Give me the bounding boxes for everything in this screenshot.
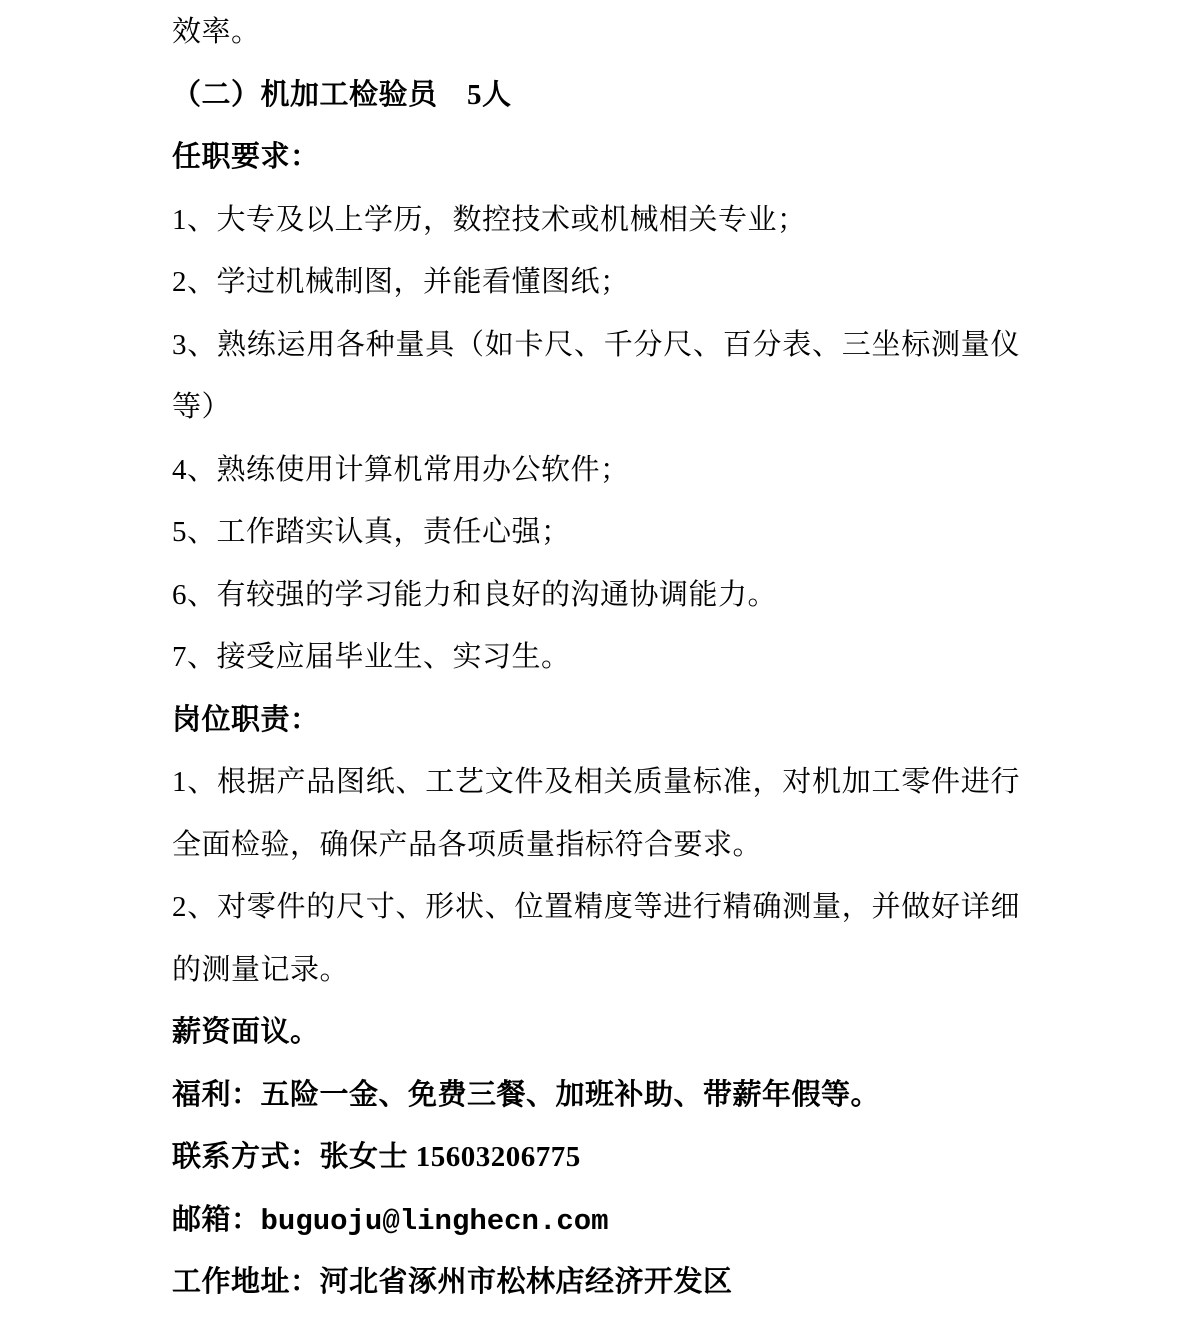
requirements-heading: 任职要求： xyxy=(172,126,1020,189)
requirement-item-5: 5、工作踏实认真，责任心强； xyxy=(172,501,1020,564)
responsibility-item-1-continuation: 全面检验，确保产品各项质量指标符合要求。 xyxy=(172,814,1020,877)
requirement-item-6: 6、有较强的学习能力和良好的沟通协调能力。 xyxy=(172,564,1020,627)
position-heading: （二）机加工检验员 5人 xyxy=(172,64,1020,127)
benefits-line: 福利：五险一金、免费三餐、加班补助、带薪年假等。 xyxy=(172,1064,1020,1127)
responsibility-item-2-continuation: 的测量记录。 xyxy=(172,939,1020,1002)
document-page: 效率。 （二）机加工检验员 5人 任职要求： 1、大专及以上学历，数控技术或机械… xyxy=(0,0,1184,1322)
paragraph-continuation: 效率。 xyxy=(172,1,1020,64)
requirement-item-3: 3、熟练运用各种量具（如卡尺、千分尺、百分表、三坐标测量仪 xyxy=(172,314,1020,377)
salary-line: 薪资面议。 xyxy=(172,1001,1020,1064)
email-label: 邮箱： xyxy=(172,1204,261,1236)
email-address: buguoju@linghecn.com xyxy=(261,1205,609,1238)
requirement-item-4: 4、熟练使用计算机常用办公软件； xyxy=(172,439,1020,502)
requirement-item-2: 2、学过机械制图，并能看懂图纸； xyxy=(172,251,1020,314)
requirement-item-1: 1、大专及以上学历，数控技术或机械相关专业； xyxy=(172,189,1020,252)
email-line: 邮箱：buguoju@linghecn.com xyxy=(172,1189,1020,1252)
responsibility-item-1: 1、根据产品图纸、工艺文件及相关质量标准，对机加工零件进行 xyxy=(172,751,1020,814)
responsibility-item-2: 2、对零件的尺寸、形状、位置精度等进行精确测量，并做好详细 xyxy=(172,876,1020,939)
requirement-item-3-continuation: 等） xyxy=(172,376,1020,439)
address-line: 工作地址：河北省涿州市松林店经济开发区 xyxy=(172,1251,1020,1314)
requirement-item-7: 7、接受应届毕业生、实习生。 xyxy=(172,626,1020,689)
responsibilities-heading: 岗位职责： xyxy=(172,689,1020,752)
contact-line: 联系方式：张女士 15603206775 xyxy=(172,1126,1020,1189)
